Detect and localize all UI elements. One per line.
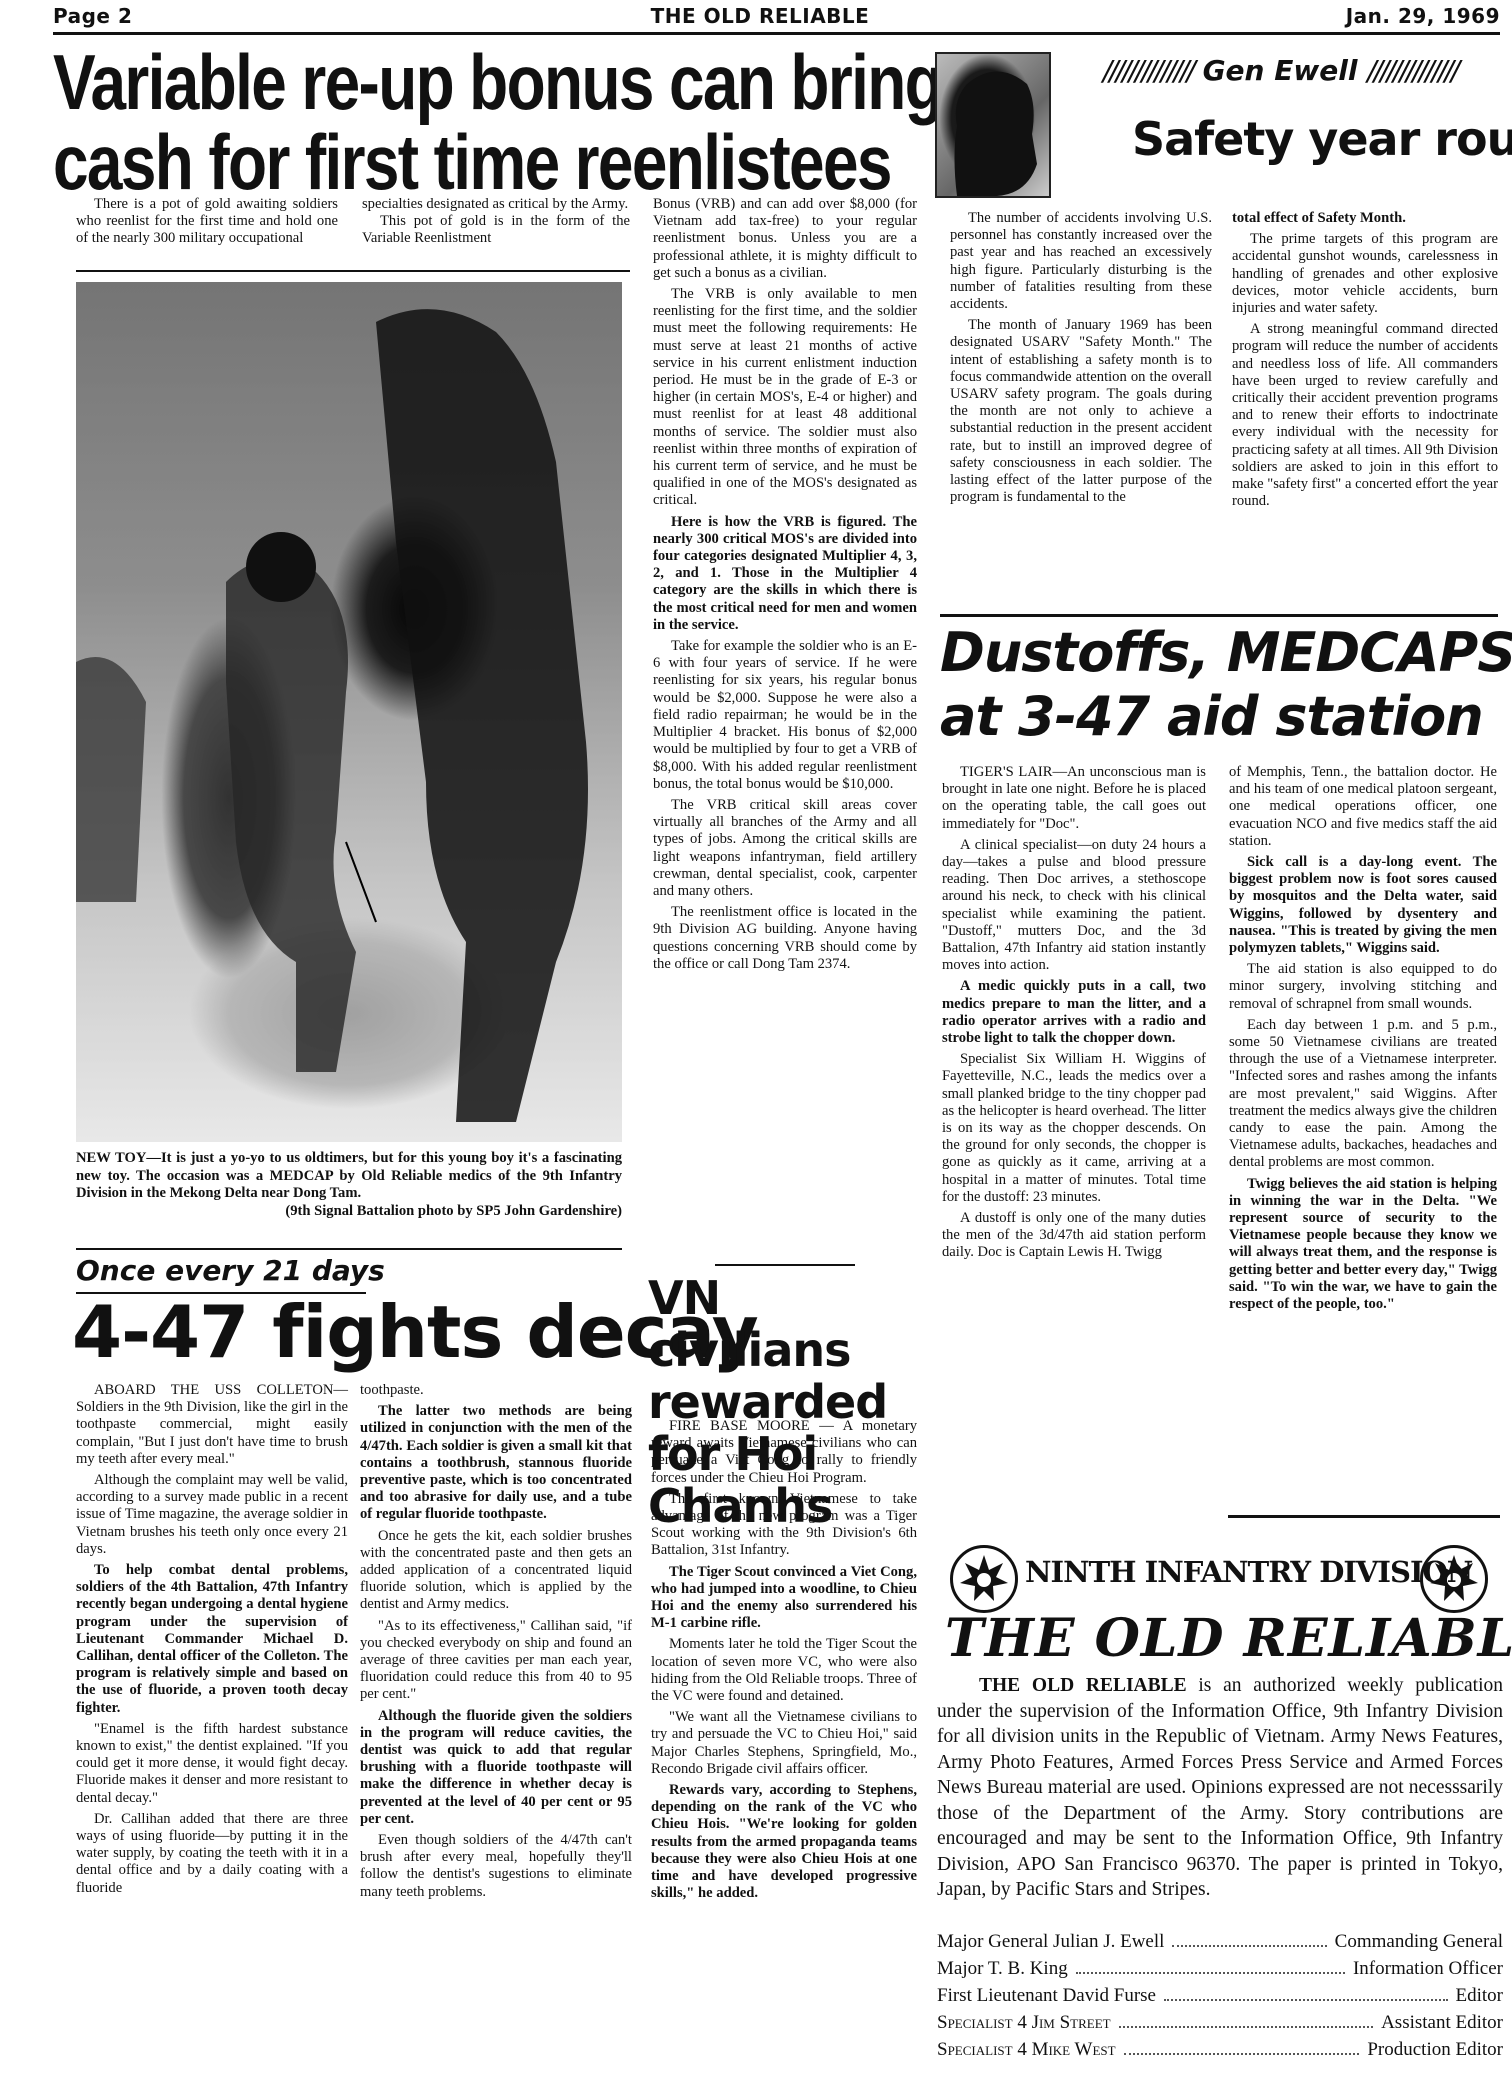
masthead-statement: THE OLD RELIABLE is an authorized weekly… (937, 1673, 1503, 1903)
paragraph: To help combat dental problems, soldiers… (76, 1562, 348, 1717)
ewell-body-col2: total effect of Safety Month.The prime t… (1232, 210, 1498, 514)
medcap-yoyo-photo (76, 282, 622, 1142)
paragraph: Specialist Six William H. Wiggins of Fay… (942, 1051, 1206, 1206)
issue-date: Jan. 29, 1969 (1346, 4, 1500, 28)
paragraph: of Memphis, Tenn., the battalion doctor.… (1229, 764, 1497, 850)
paragraph: specialties designated as critical by th… (362, 196, 630, 213)
paragraph: FIRE BASE MOORE — A monetary reward awai… (651, 1418, 917, 1487)
paragraph: The reenlistment office is located in th… (653, 904, 917, 973)
paragraph: "As to its effectiveness," Callihan said… (360, 1618, 632, 1704)
staff-role: Assistant Editor (1381, 2009, 1503, 2036)
portrait-silhouette-icon (937, 54, 1049, 196)
leader-dots (1119, 2009, 1373, 2028)
staff-row: Major T. B. KingInformation Officer (937, 1955, 1503, 1982)
staff-name: Specialist 4 Jim Street (937, 2009, 1111, 2036)
paragraph: Once he gets the kit, each soldier brush… (360, 1528, 632, 1614)
paragraph: The Tiger Scout convinced a Viet Cong, w… (651, 1564, 917, 1633)
paragraph: "Enamel is the fifth hardest substance k… (76, 1721, 348, 1807)
paragraph: "We want all the Vietnamese civilians to… (651, 1709, 917, 1778)
staff-role: Commanding General (1335, 1928, 1503, 1955)
octofoil-insignia-left-icon (950, 1545, 1018, 1613)
vrb-headline-line1: Variable re-up bonus can bring (53, 42, 942, 122)
statement-lead: THE OLD RELIABLE (979, 1675, 1187, 1696)
paragraph: Take for example the soldier who is an E… (653, 638, 917, 793)
paragraph: The VRB critical skill areas cover virtu… (653, 797, 917, 900)
intro-rule (76, 270, 630, 272)
ewell-bottom-rule (940, 614, 1498, 617)
gen-ewell-portrait (935, 52, 1051, 198)
dental-kicker: Once every 21 days (76, 1254, 385, 1287)
paragraph: The first known Vietnamese to take advan… (651, 1491, 917, 1560)
paragraph: A strong meaningful command directed pro… (1232, 321, 1498, 510)
vrb-headline-line2: cash for first time reenlistees (53, 122, 891, 202)
vrb-intro-col1: There is a pot of gold awaiting soldiers… (76, 196, 338, 252)
dustoff-headline-line1: Dustoffs, MEDCAPS (940, 622, 1512, 684)
staff-role: Editor (1456, 1982, 1504, 2009)
staff-role: Information Officer (1353, 1955, 1503, 1982)
paragraph: Bonus (VRB) and can add over $8,000 (for… (653, 196, 917, 282)
vn-body: FIRE BASE MOORE — A monetary reward awai… (651, 1418, 917, 1906)
byline-hatch-right: ////////////// (1367, 54, 1457, 87)
leader-dots (1172, 1928, 1326, 1947)
dustoff-body-col2: of Memphis, Tenn., the battalion doctor.… (1229, 764, 1497, 1317)
paragraph: Dr. Callihan added that there are three … (76, 1811, 348, 1897)
paragraph: The prime targets of this program are ac… (1232, 231, 1498, 317)
header-rule (53, 32, 1500, 35)
staff-name: Specialist 4 Mike West (937, 2036, 1116, 2063)
dustoff-bottom-rule (1228, 1515, 1500, 1518)
paragraph: The latter two methods are being utilize… (360, 1403, 632, 1523)
leader-dots (1076, 1955, 1345, 1974)
running-title: THE OLD RELIABLE (620, 4, 900, 28)
staff-row: Specialist 4 Mike WestProduction Editor (937, 2036, 1503, 2063)
staff-row: Major General Julian J. EwellCommanding … (937, 1928, 1503, 1955)
photo-silhouettes-icon (76, 282, 622, 1142)
staff-name: Major General Julian J. Ewell (937, 1928, 1164, 1955)
staff-row: Specialist 4 Jim StreetAssistant Editor (937, 2009, 1503, 2036)
ewell-byline: ////////////// Gen Ewell ////////////// (1060, 54, 1500, 87)
paragraph: A clinical specialist—on duty 24 hours a… (942, 837, 1206, 975)
paragraph: Rewards vary, according to Stephens, dep… (651, 1782, 917, 1902)
paragraph: The number of accidents involving U.S. p… (950, 210, 1212, 313)
paragraph: The VRB is only available to men reenlis… (653, 286, 917, 510)
paragraph: TIGER'S LAIR—An unconscious man is broug… (942, 764, 1206, 833)
paragraph: Moments later he told the Tiger Scout th… (651, 1636, 917, 1705)
vrb-intro-col2: specialties designated as critical by th… (362, 196, 630, 252)
dental-body-col1: ABOARD THE USS COLLETON—Soldiers in the … (76, 1382, 348, 1901)
paragraph: A dustoff is only one of the many duties… (942, 1210, 1206, 1262)
photo-caption: NEW TOY—It is just a yo-yo to us oldtime… (76, 1150, 622, 1220)
masthead-title: THE OLD RELIABLE (945, 1608, 1495, 1669)
vrb-body-col3: Bonus (VRB) and can add over $8,000 (for… (653, 196, 917, 977)
leader-dots (1164, 1982, 1448, 2001)
caption-rule (76, 1248, 622, 1250)
dental-body-col2: toothpaste.The latter two methods are be… (360, 1382, 632, 1905)
photo-credit: (9th Signal Battalion photo by SP5 John … (76, 1203, 622, 1221)
staff-name: First Lieutenant David Furse (937, 1982, 1156, 2009)
staff-role: Production Editor (1367, 2036, 1503, 2063)
ewell-headline: Safety year round (1132, 112, 1512, 166)
paragraph: The aid station is also equipped to do m… (1229, 961, 1497, 1013)
paragraph: There is a pot of gold awaiting soldiers… (76, 196, 338, 248)
paragraph: Here is how the VRB is figured. The near… (653, 514, 917, 634)
paragraph: Each day between 1 p.m. and 5 p.m., some… (1229, 1017, 1497, 1172)
paragraph: total effect of Safety Month. (1232, 210, 1498, 227)
paragraph: Although the fluoride given the soldiers… (360, 1708, 632, 1828)
dustoff-body-col1: TIGER'S LAIR—An unconscious man is broug… (942, 764, 1206, 1266)
staff-list: Major General Julian J. EwellCommanding … (937, 1928, 1503, 2063)
byline-hatch-left: ////////////// (1103, 54, 1193, 87)
masthead-division: NINTH INFANTRY DIVISION (1025, 1555, 1415, 1589)
paragraph: Sick call is a day-long event. The bigge… (1229, 854, 1497, 957)
dustoff-headline-line2: at 3-47 aid station (940, 686, 1483, 748)
paragraph: A medic quickly puts in a call, two medi… (942, 978, 1206, 1047)
paragraph: Although the complaint may well be valid… (76, 1472, 348, 1558)
page-number: Page 2 (53, 4, 132, 28)
paragraph: ABOARD THE USS COLLETON—Soldiers in the … (76, 1382, 348, 1468)
paragraph: Even though soldiers of the 4/47th can't… (360, 1832, 632, 1901)
paragraph: toothpaste. (360, 1382, 632, 1399)
paragraph: This pot of gold is in the form of the V… (362, 213, 630, 247)
staff-name: Major T. B. King (937, 1955, 1068, 1982)
paragraph: The month of January 1969 has been desig… (950, 317, 1212, 506)
leader-dots (1124, 2036, 1360, 2055)
vn-top-rule (715, 1264, 855, 1266)
ewell-body-col1: The number of accidents involving U.S. p… (950, 210, 1212, 510)
paragraph: Twigg believes the aid station is helpin… (1229, 1176, 1497, 1314)
staff-row: First Lieutenant David FurseEditor (937, 1982, 1503, 2009)
